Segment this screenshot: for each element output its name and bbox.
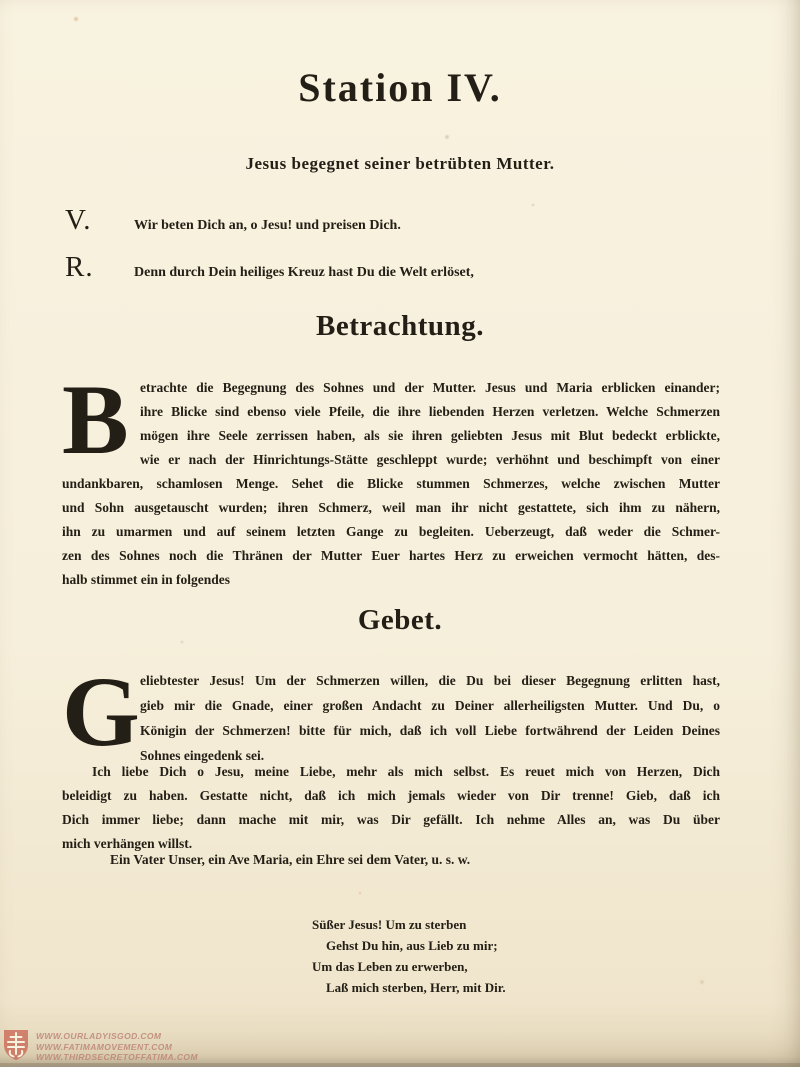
gebet-prayer-paragraph: G eliebtester Jesus! Um der Schmerzen wi… [62,668,720,768]
shield-cross-icon [2,1029,30,1066]
station-subtitle: Jesus begegnet seiner betrübten Mutter. [0,154,800,174]
text-line: eliebtester Jesus! Um der Schmerzen will… [140,668,720,693]
text-line: wie er nach der Hinrichtungs-Stätte gesc… [140,448,720,472]
text-line: Dich immer liebe; dann mache mit mir, wa… [62,808,720,832]
text-line: Königin der Schmerzen! bitte für mich, d… [140,718,720,743]
versicle-r: R. Denn durch Dein heiliges Kreuz hast D… [65,251,474,284]
drop-cap-g: G [62,668,132,764]
watermark-url: WWW.FATIMAMOVEMENT.COM [36,1042,198,1053]
text-line: und Sohn ausgetauscht wurden; ihren Schm… [62,496,720,520]
scan-edge-shadow [0,1063,800,1067]
versicle-v: V. Wir beten Dich an, o Jesu! und preise… [65,204,401,237]
watermark-url: WWW.OURLADYISGOD.COM [36,1031,198,1042]
text-line: ihn zu umarmen und auf seinem letzten Ga… [62,520,720,544]
versicle-v-initial: V. [65,204,134,237]
hymn-verse: Süßer Jesus! Um zu sterben Gehst Du hin,… [312,914,506,998]
versicle-r-initial: R. [65,251,134,284]
watermark: WWW.OURLADYISGOD.COM WWW.FATIMAMOVEMENT.… [2,1029,198,1066]
text-line: zen des Sohnes noch die Thränen der Mutt… [62,544,720,568]
betrachtung-heading: Betrachtung. [0,310,800,343]
text-line: Ich liebe Dich o Jesu, meine Liebe, mehr… [62,760,720,784]
verse-line: Laß mich sterben, Herr, mit Dir. [312,977,506,998]
pater-noster-line: Ein Vater Unser, ein Ave Maria, ein Ehre… [110,852,470,868]
text-line: gieb mir die Gnade, einer großen Andacht… [140,693,720,718]
verse-line: Um das Leben zu erwerben, [312,956,506,977]
text-line: beleidigt zu haben. Gestatte nicht, daß … [62,784,720,808]
text-line: ihre Blicke sind ebenso viele Pfeile, di… [140,400,720,424]
versicle-r-text: Denn durch Dein heiliges Kreuz hast Du d… [134,265,474,281]
book-page: Station IV. Jesus begegnet seiner betrüb… [0,0,800,1067]
betrachtung-paragraph: B etrachte die Begegnung des Sohnes und … [62,376,720,592]
verse-line: Süßer Jesus! Um zu sterben [312,914,506,935]
text-line: halb stimmet ein in folgendes [62,568,720,592]
watermark-url: WWW.THIRDSECRETOFFATIMA.COM [36,1052,198,1063]
page-title: Station IV. [0,64,800,112]
text-line: etrachte die Begegnung des Sohnes und de… [140,376,720,400]
versicle-v-text: Wir beten Dich an, o Jesu! und preisen D… [134,218,401,234]
gebet-heading: Gebet. [0,604,800,637]
gebet-second-paragraph: Ich liebe Dich o Jesu, meine Liebe, mehr… [62,760,720,856]
text-line: mögen ihre Seele zerrissen haben, als si… [140,424,720,448]
verse-line: Gehst Du hin, aus Lieb zu mir; [312,935,506,956]
text-line: undankbaren, schamlosen Menge. Sehet die… [62,472,720,496]
drop-cap-b: B [62,376,132,470]
